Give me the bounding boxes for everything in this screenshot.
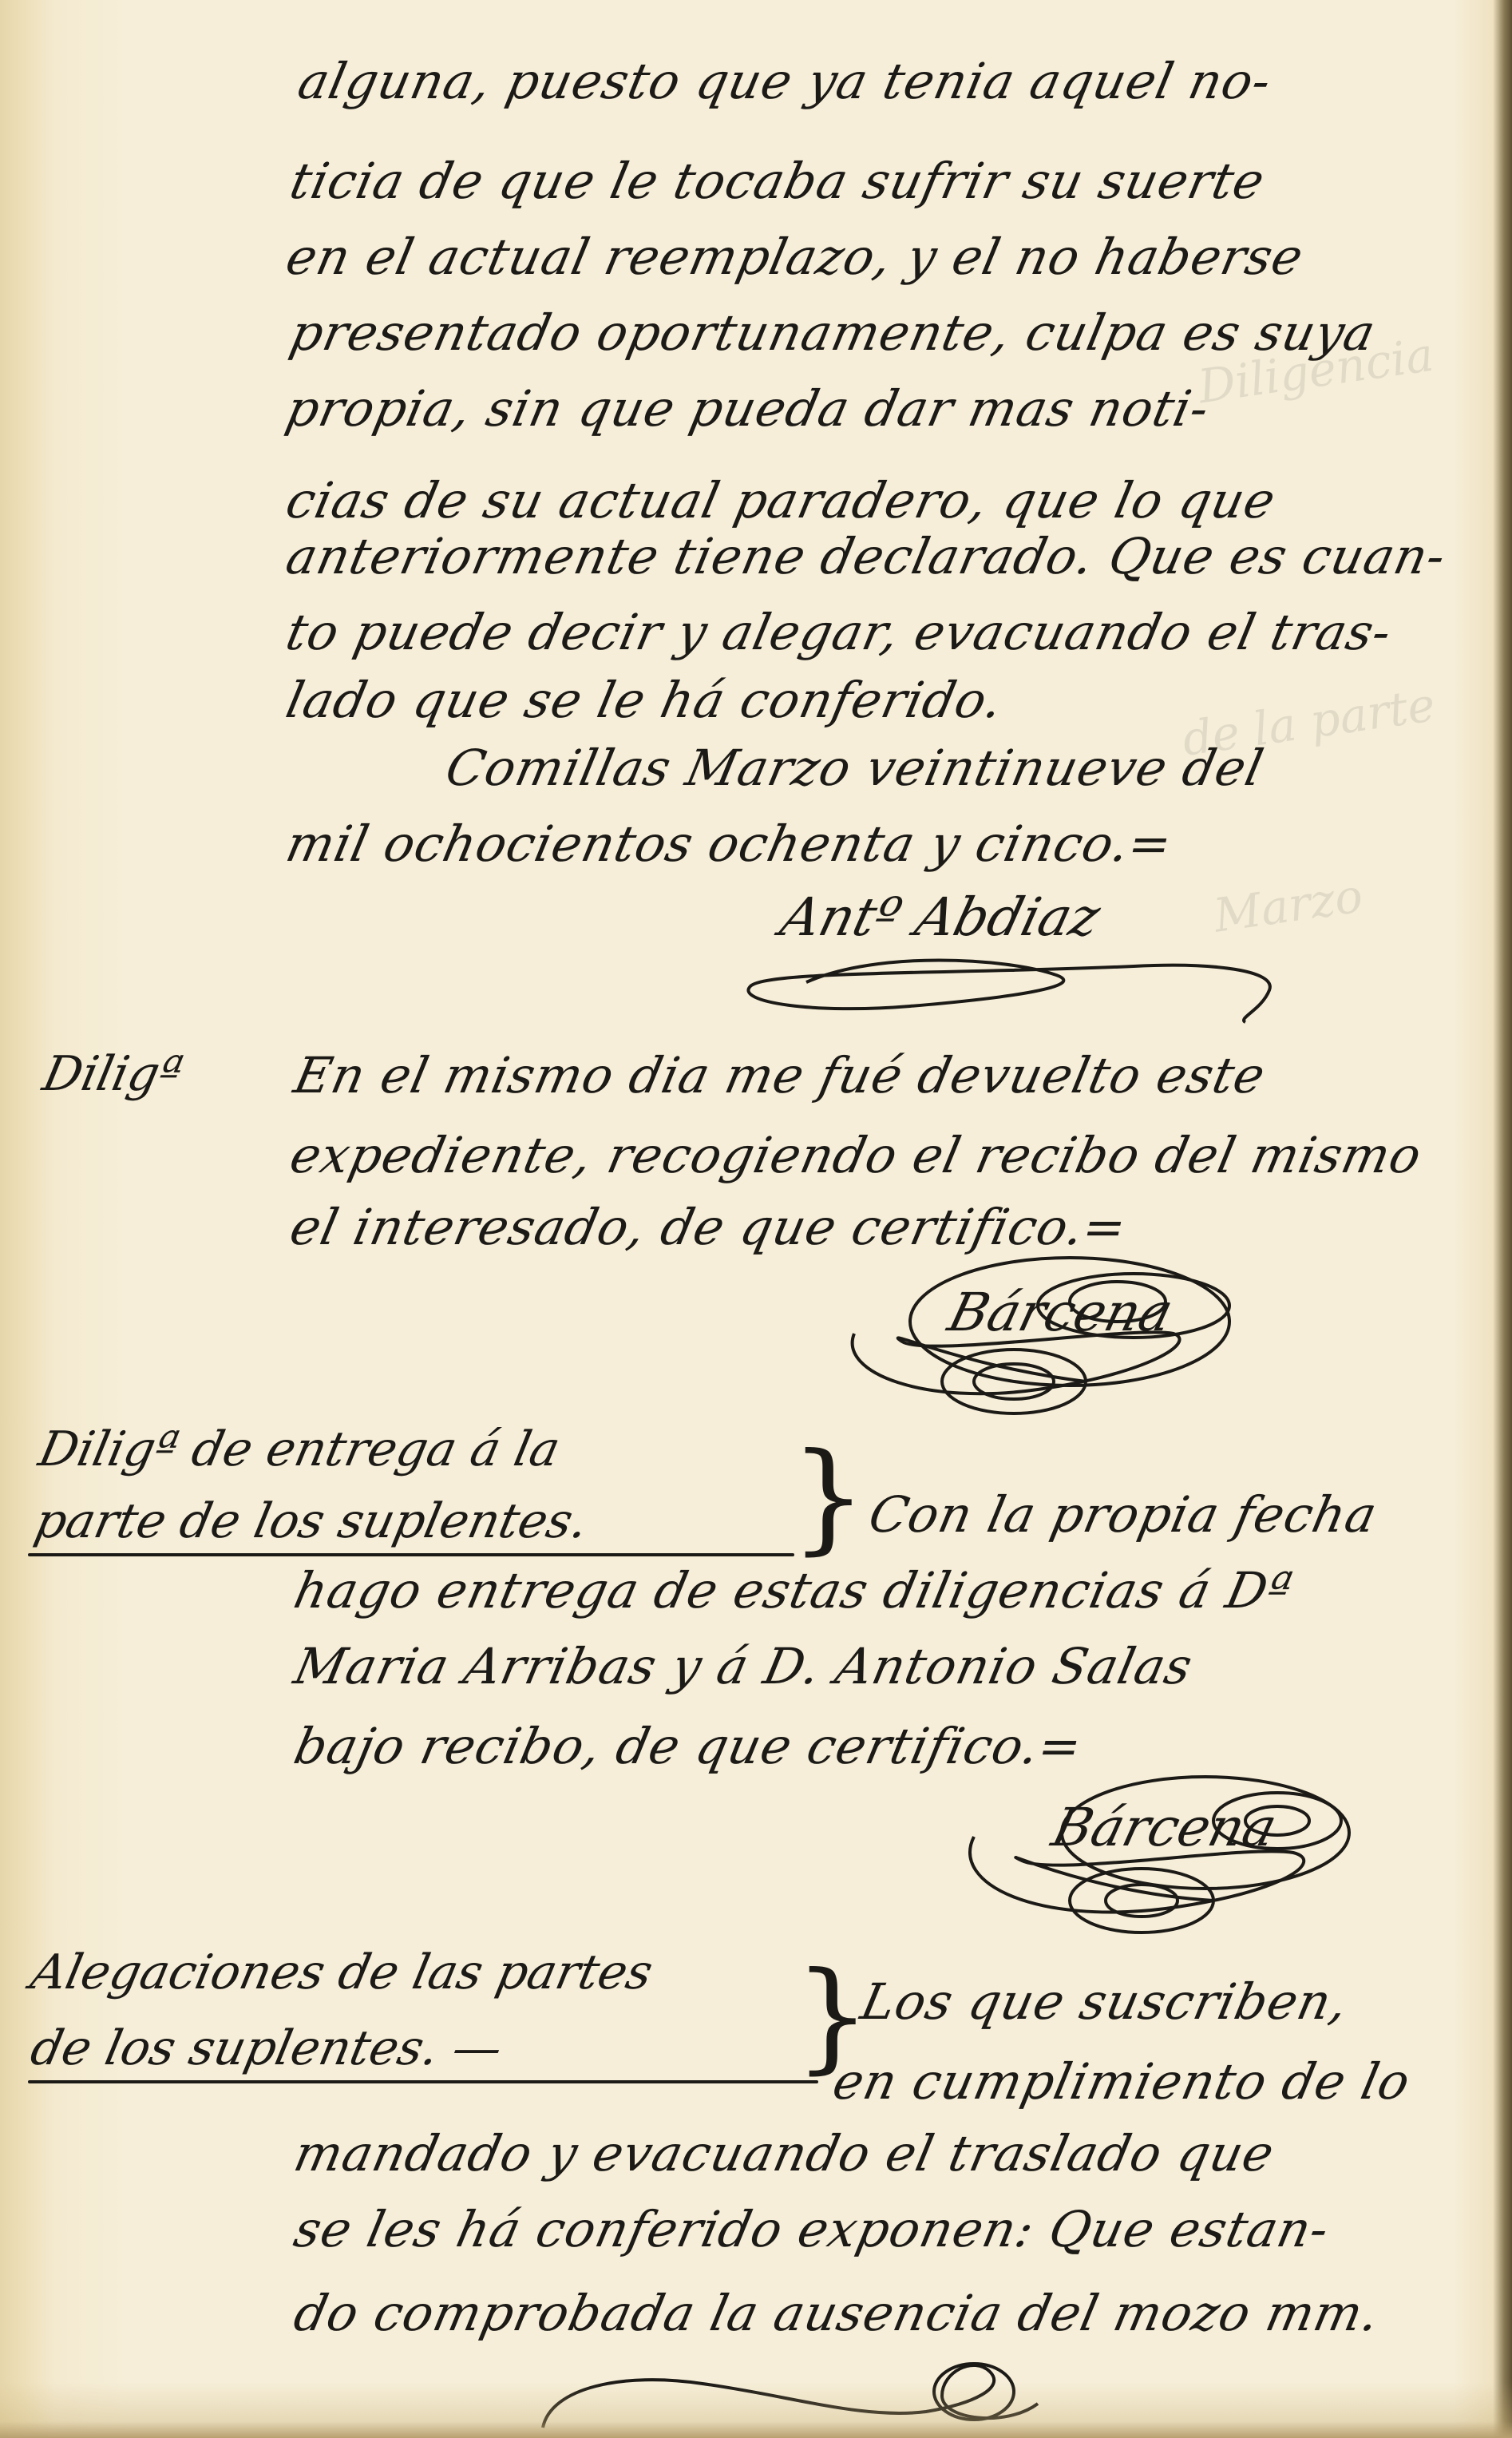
body-line: alguna, puesto que ya tenia aquel no- [293,52,1276,110]
body-line: en el actual reemplazo, y el no haberse [281,228,1308,286]
margin-heading: Alegaciones de las partes [26,1944,658,2000]
body-line: mandado y evacuando el traslado que [289,2124,1280,2182]
margin-heading: Diligª [38,1046,188,1102]
body-line: lado que se le há conferido. [281,671,1008,729]
body-line: propia, sin que pueda dar mas noti- [281,379,1214,438]
body-line: do comprobada la ausencia del mozo mm. [289,2284,1385,2342]
heading-underline [28,1553,794,1556]
brace-icon: } [790,1437,866,1557]
body-line: to puede decir y alegar, evacuando el tr… [281,603,1397,661]
body-line: Los que suscriben, [856,1972,1353,2031]
body-line: ticia de que le tocaba sufrir su suerte [285,152,1270,210]
body-line: Maria Arribas y á D. Antonio Salas [289,1637,1197,1695]
signature-flourish-icon [718,942,1293,1030]
body-line: se les há conferido exponen: Que estan- [289,2200,1334,2258]
body-line: Con la propia fecha [864,1485,1383,1544]
manuscript-page: Diligencia de la parte Marzo alguna, pue… [0,0,1512,2438]
signature-flourish-icon [830,1246,1277,1429]
body-line: en cumplimiento de lo [828,2052,1415,2111]
margin-heading: parte de los suplentes. [30,1493,593,1549]
body-line: expediente, recogiendo el recibo del mis… [285,1126,1427,1184]
body-line: presentado oportunamente, culpa es suya [285,303,1381,362]
bleed-through-text: Marzo [1210,868,1366,942]
heading-underline [28,2080,818,2083]
body-line: hago entrega de estas diligencias á Dª [289,1561,1298,1619]
margin-heading: de los suplentes. — [26,2020,508,2076]
body-line: En el mismo dia me fué devuelto este [289,1046,1271,1104]
signature-flourish-icon [942,1765,1389,1948]
closing-flourish-icon [527,2356,1102,2438]
body-line: cias de su actual paradero, que lo que [281,471,1280,529]
margin-heading: Diligª de entrega á la [34,1421,565,1477]
date-line: Comillas Marzo veintinueve del [441,739,1269,797]
signature: Antº Abdiaz [774,886,1106,948]
date-line: mil ochocientos ochenta y cinco.= [281,815,1178,873]
body-line: anteriormente tiene declarado. Que es cu… [281,527,1451,585]
